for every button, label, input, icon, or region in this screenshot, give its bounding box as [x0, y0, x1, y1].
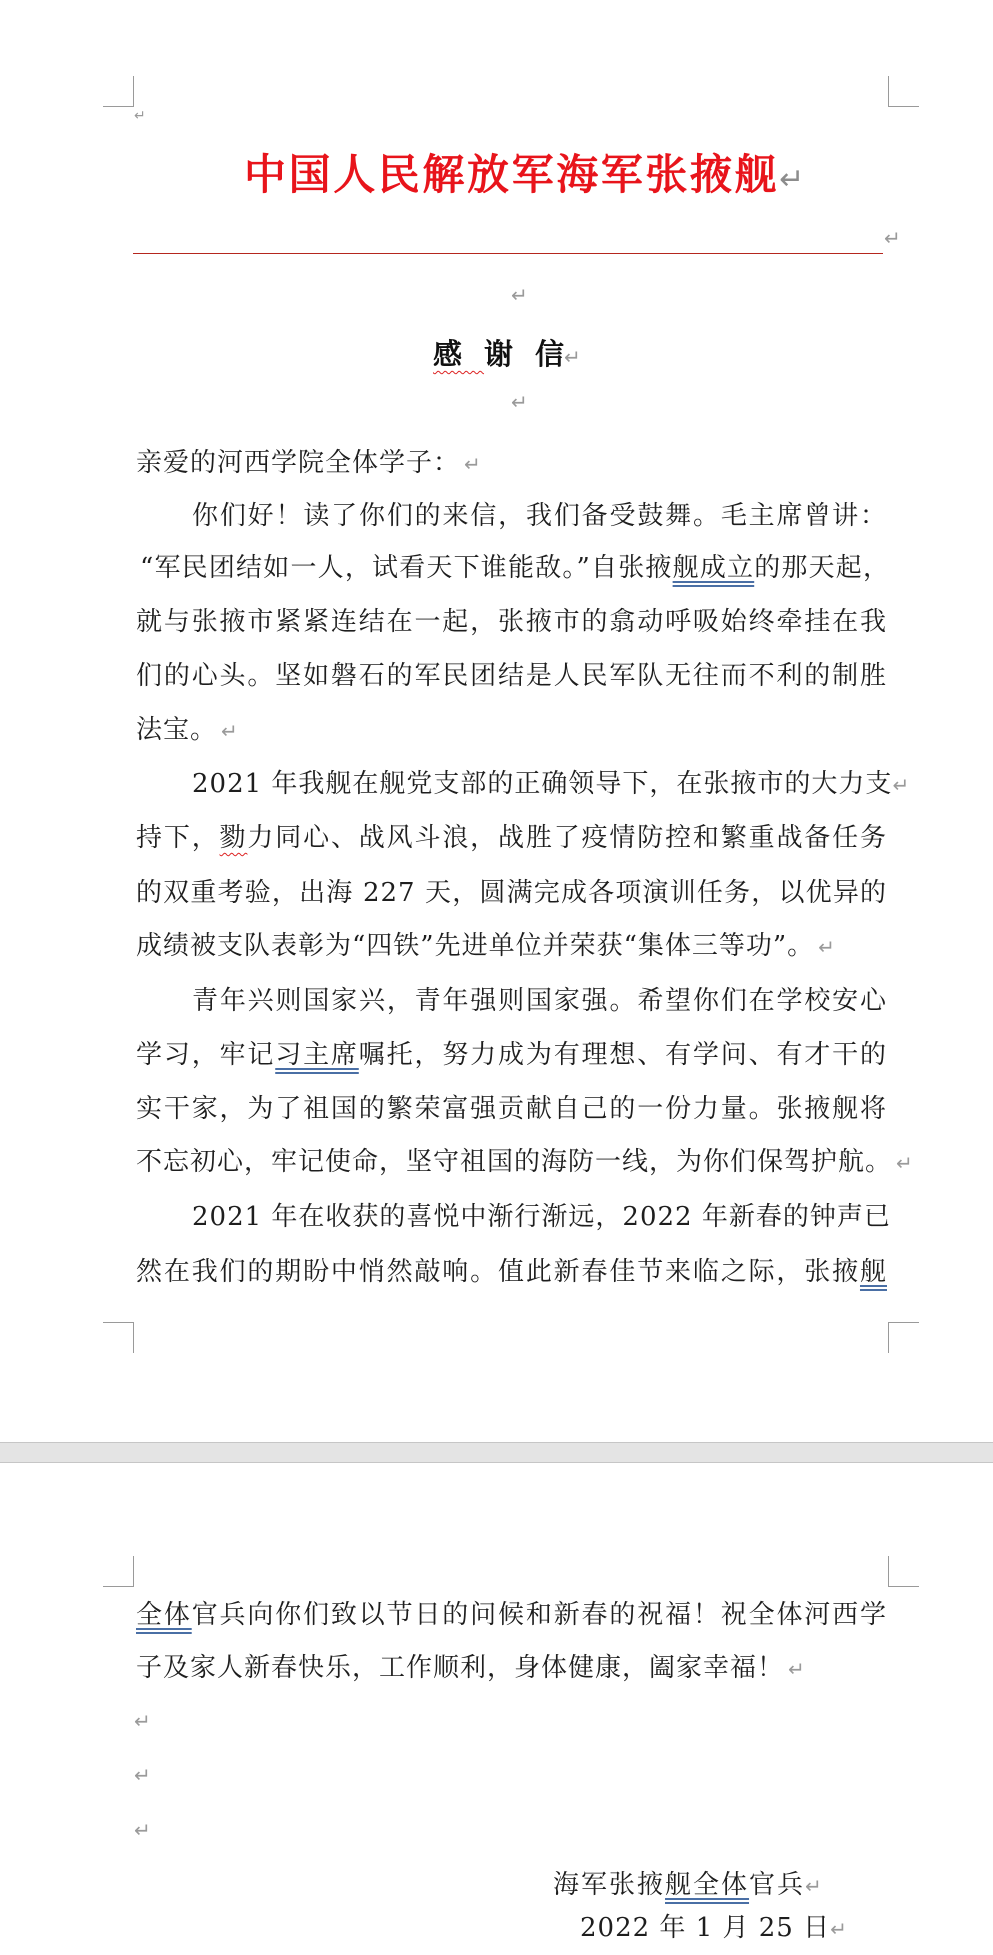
text-line: 的双重考验，出海 227 天，圆满完成各项演训任务，以优异的 — [136, 873, 887, 913]
paragraph-mark-icon: ↵ — [884, 226, 901, 250]
line-text: 子及家人新春快乐，工作顺利，身体健康，阖家幸福！ — [136, 1653, 784, 1683]
margin-corner-mark — [888, 76, 919, 107]
line-text: 不忘初心，牢记使命，坚守祖国的海防一线，为你们保驾护航。 — [136, 1147, 892, 1177]
document-page-2: 全体官兵向你们致以节日的问候和新春的祝福！祝全体河西学 子及家人新春快乐，工作顺… — [0, 1463, 993, 1955]
paragraph-mark-icon: ↵ — [134, 1763, 151, 1787]
text-line: “军民团结如一人，试看天下谁能敌。”自张掖舰成立的那天起， — [140, 548, 890, 588]
heading-char: 感 — [433, 337, 484, 371]
grammar-flag: 习主席 — [275, 1040, 359, 1070]
grammar-flag: 舰成立 — [673, 553, 755, 583]
text-line: 不忘初心，牢记使命，坚守祖国的海防一线，为你们保驾护航。↵ — [136, 1142, 914, 1182]
grammar-flag: 舰全体 — [665, 1870, 749, 1900]
line-text: 成绩被支队表彰为“四铁”先进单位并荣获“集体三等功”。 — [136, 931, 814, 961]
grammar-flag: 全体 — [136, 1600, 192, 1630]
heading-char: 谢 — [484, 337, 535, 371]
salutation[interactable]: 亲爱的河西学院全体学子：↵ — [136, 443, 482, 483]
paragraph-mark-icon: ↵ — [134, 1818, 151, 1842]
paragraph-mark-icon: ↵ — [511, 283, 528, 307]
page-break-separator — [0, 1442, 993, 1463]
letter-heading[interactable]: 感谢信↵ — [433, 334, 581, 377]
paragraph-mark-icon: ↵ — [511, 390, 528, 414]
text-line: 2021 年我舰在舰党支部的正确领导下，在张掖市的大力支↵ — [192, 764, 887, 804]
line-segment: “军民团结如一人，试看天下谁能敌。”自张掖 — [140, 553, 673, 583]
line-text: 2021 年我舰在舰党支部的正确领导下，在张掖市的大力支 — [192, 769, 892, 799]
text-line: 实干家，为了祖国的繁荣富强贡献自己的一份力量。张掖舰将 — [136, 1089, 887, 1129]
text-line: 们的心头。坚如磐石的军民团结是人民军队无往而不利的制胜 — [136, 656, 887, 696]
paragraph-mark-icon: ↵ — [830, 1917, 848, 1941]
paragraph-mark-icon: ↵ — [779, 162, 807, 197]
paragraph-mark-icon: ↵ — [805, 1874, 824, 1898]
line-break-icon: ↵ — [892, 773, 910, 797]
text-line: 全体官兵向你们致以节日的问候和新春的祝福！祝全体河西学 — [136, 1595, 887, 1635]
heading-char: 信 — [535, 337, 564, 371]
grammar-flag: 舰 — [860, 1257, 887, 1287]
margin-corner-mark — [103, 1556, 134, 1587]
text-line: 子及家人新春快乐，工作顺利，身体健康，阖家幸福！↵ — [136, 1648, 806, 1688]
text-line: 成绩被支队表彰为“四铁”先进单位并荣获“集体三等功”。↵ — [136, 926, 836, 966]
text-line: 2021 年在收获的喜悦中渐行渐远，2022 年新春的钟声已 — [192, 1197, 887, 1237]
paragraph-mark-icon: ↵ — [818, 935, 836, 959]
text-line: 然在我们的期盼中悄然敲响。值此新春佳节来临之际，张掖舰 — [136, 1252, 887, 1292]
margin-corner-mark — [888, 1322, 919, 1353]
paragraph-mark-icon: ↵ — [134, 1709, 151, 1733]
date-text: 2022 年 1 月 25 日 — [580, 1913, 830, 1943]
line-text: 法宝。 — [136, 715, 217, 745]
paragraph-mark-icon: ↵ — [134, 108, 146, 124]
margin-corner-mark — [103, 1322, 134, 1353]
text-line: 就与张掖市紧紧连结在一起，张掖市的翕动呼吸始终牵挂在我 — [136, 602, 887, 642]
text-line: 学习，牢记习主席嘱托，努力成为有理想、有学问、有才干的 — [136, 1035, 887, 1075]
paragraph-mark-icon: ↵ — [896, 1151, 914, 1175]
margin-corner-mark — [888, 1556, 919, 1587]
text-line: 青年兴则国家兴，青年强则国家强。希望你们在学校安心 — [192, 981, 887, 1021]
paragraph-mark-icon: ↵ — [564, 345, 581, 369]
header-title[interactable]: 中国人民解放军海军张掖舰↵ — [244, 148, 807, 202]
paragraph-mark-icon: ↵ — [788, 1657, 806, 1681]
document-page-1: ↵ 中国人民解放军海军张掖舰↵ ↵ ↵ 感谢信↵ ↵ 亲爱的河西学院全体学子：↵… — [0, 0, 993, 1442]
date[interactable]: 2022 年 1 月 25 日↵ — [580, 1908, 848, 1948]
header-red-rule — [133, 253, 883, 254]
paragraph-mark-icon: ↵ — [221, 719, 239, 743]
paragraph-mark-icon: ↵ — [464, 452, 482, 476]
header-title-text: 中国人民解放军海军张掖舰 — [244, 150, 779, 199]
signature[interactable]: 海军张掖舰全体官兵↵ — [553, 1865, 824, 1905]
text-line: 你们好！读了你们的来信，我们备受鼓舞。毛主席曾讲： — [192, 496, 887, 536]
text-line: 法宝。↵ — [136, 710, 239, 750]
margin-corner-mark — [103, 76, 134, 107]
spelling-flag: 勠 — [220, 823, 248, 853]
salutation-text: 亲爱的河西学院全体学子： — [136, 448, 460, 478]
text-line: 持下，勠力同心、战风斗浪，战胜了疫情防控和繁重战备任务 — [136, 818, 887, 858]
